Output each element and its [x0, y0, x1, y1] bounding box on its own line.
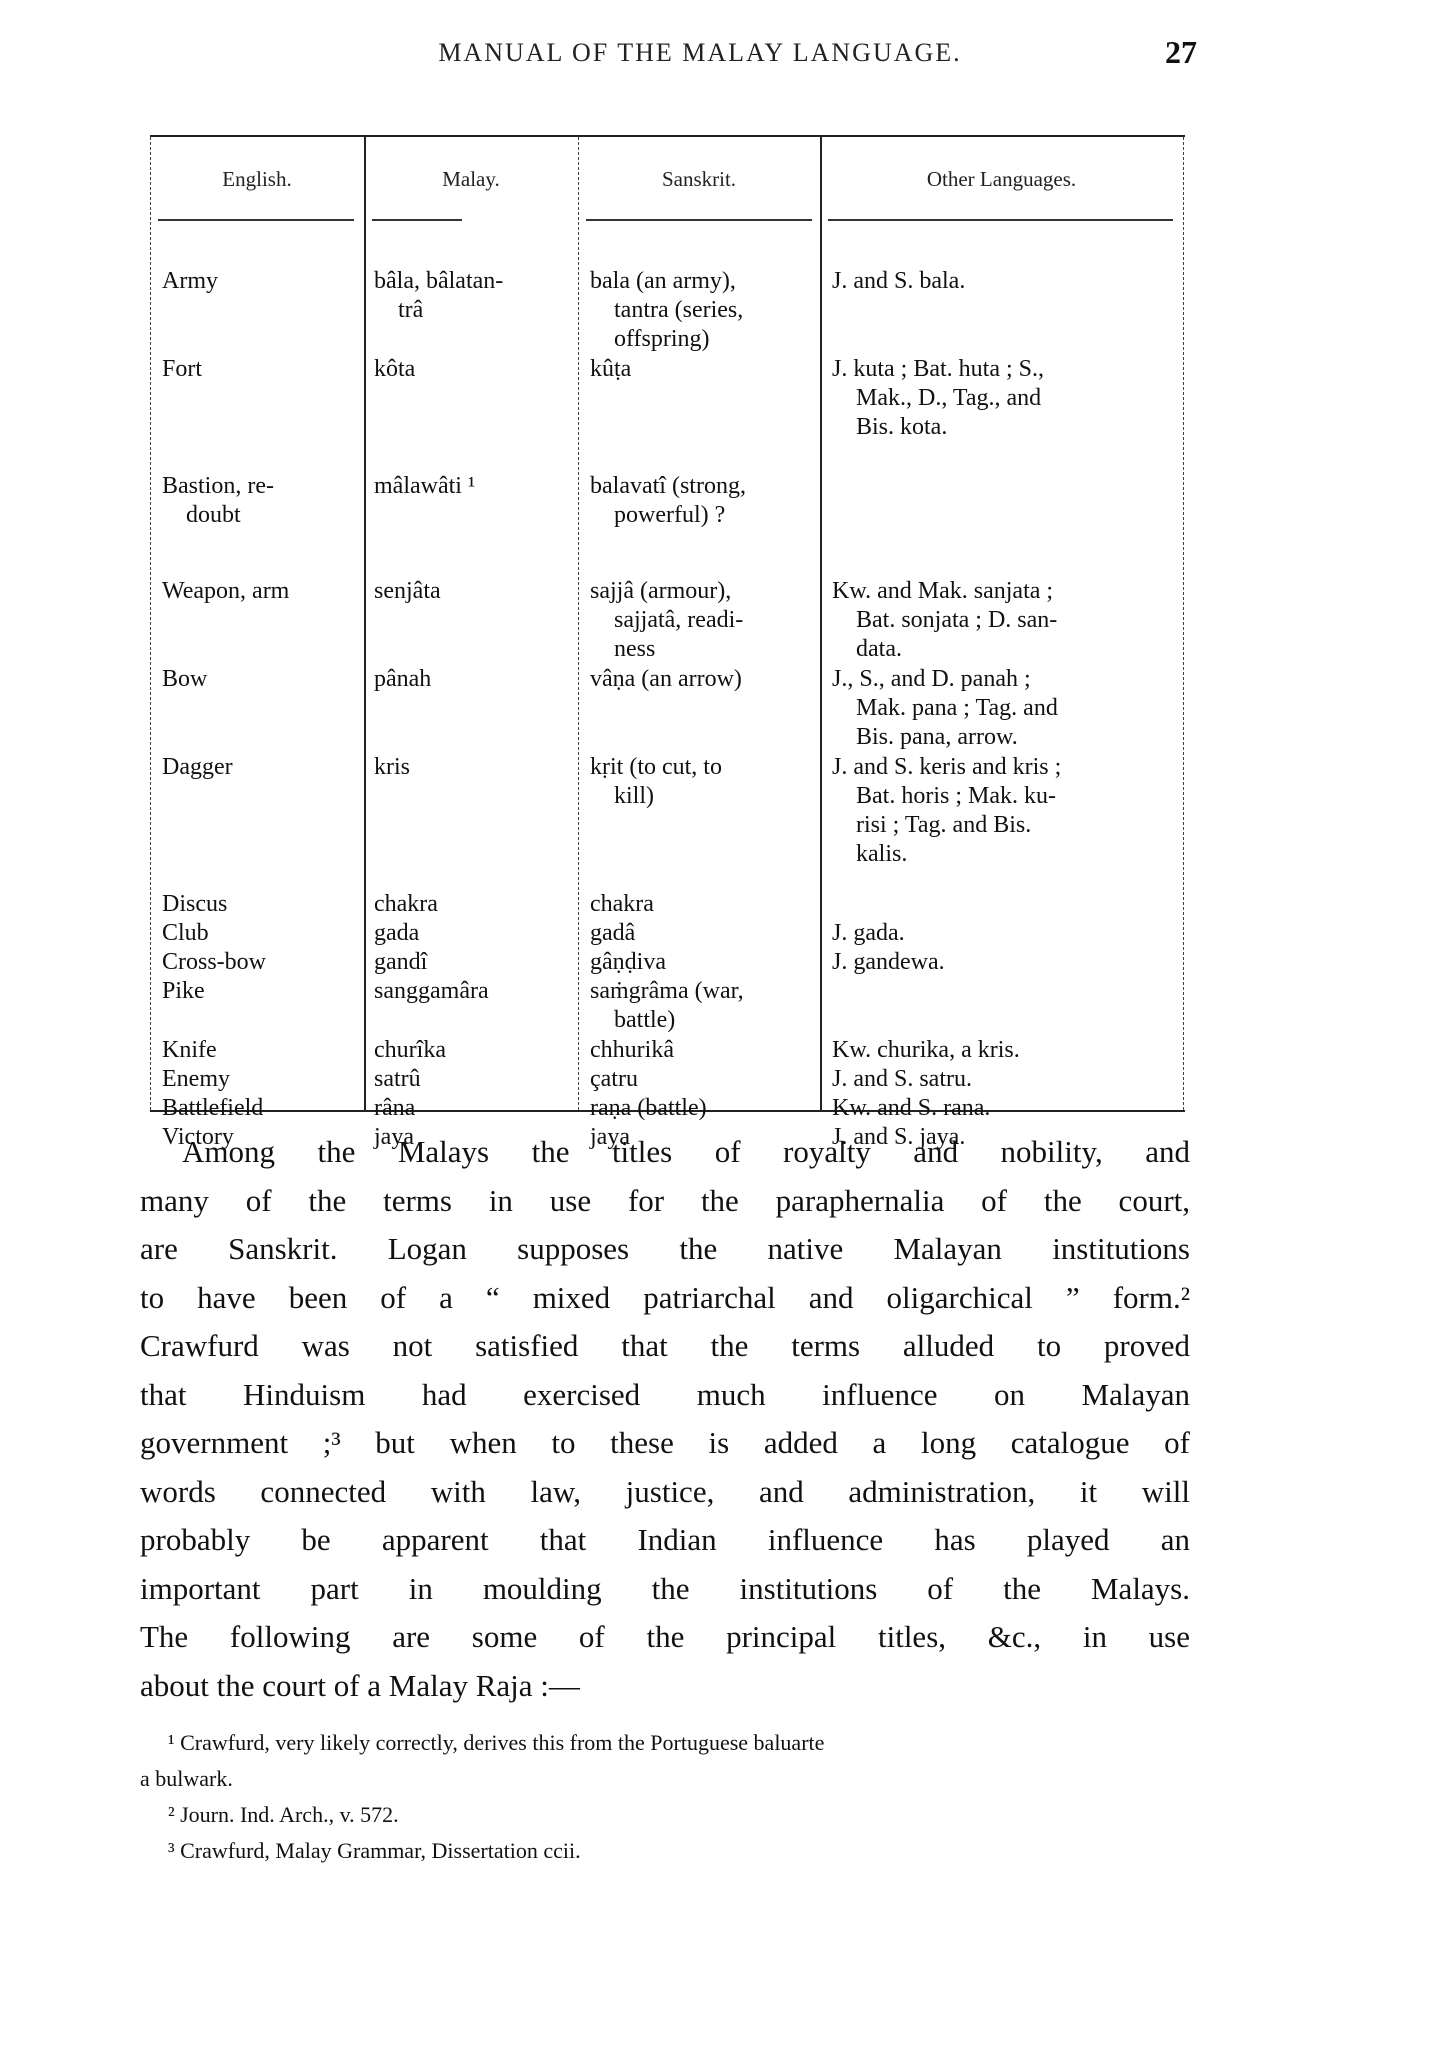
cell-line: Kw. and S. rana. — [832, 1094, 1172, 1123]
english-cell: Weapon, arm — [162, 577, 362, 606]
english-cell: Discus — [162, 890, 362, 919]
cell-line: Cross-bow — [162, 948, 362, 977]
sanskrit-cell: chhurikâ — [590, 1036, 820, 1065]
cell-line: bala (an army), — [590, 267, 820, 296]
sanskrit-cell: sajjâ (armour),sajjatâ, readi-ness — [590, 577, 820, 664]
column-divider — [820, 137, 822, 1110]
english-cell: Fort — [162, 355, 362, 384]
malay-cell: gandî — [374, 948, 574, 977]
malay-cell: churîka — [374, 1036, 574, 1065]
cell-line: pânah — [374, 665, 574, 694]
cell-line: gandî — [374, 948, 574, 977]
cell-line: Club — [162, 919, 362, 948]
paragraph-line: about the court of a Malay Raja :— — [140, 1662, 1190, 1711]
paragraph-line: Crawfurd was not satisfied that the term… — [140, 1322, 1190, 1371]
column-header-sanskrit: Sanskrit. — [578, 167, 820, 192]
cell-line: J. kuta ; Bat. huta ; S., — [832, 355, 1172, 384]
sanskrit-cell: çatru — [590, 1065, 820, 1094]
other-languages-cell: J. and S. satru. — [832, 1065, 1172, 1094]
cell-line: offspring) — [590, 325, 820, 354]
cell-line: Enemy — [162, 1065, 362, 1094]
cell-line: Bat. sonjata ; D. san- — [832, 606, 1172, 635]
cell-line: powerful) ? — [590, 501, 820, 530]
cell-line: balavatî (strong, — [590, 472, 820, 501]
english-cell: Battlefield — [162, 1094, 362, 1123]
malay-cell: kôta — [374, 355, 574, 384]
paragraph-line: Among the Malays the titles of royalty a… — [140, 1128, 1190, 1177]
english-cell: Bastion, re-doubt — [162, 472, 362, 530]
cell-line: mâlawâti ¹ — [374, 472, 574, 501]
header-rule — [828, 219, 1173, 221]
column-divider — [578, 137, 579, 1110]
cell-line: gadâ — [590, 919, 820, 948]
header-rule — [372, 219, 462, 221]
other-languages-cell: Kw. and S. rana. — [832, 1094, 1172, 1123]
other-languages-cell: J. gandewa. — [832, 948, 1172, 977]
cell-line: Weapon, arm — [162, 577, 362, 606]
vocabulary-table: English. Malay. Sanskrit. Other Language… — [150, 135, 1185, 1112]
sanskrit-cell: vâṇa (an arrow) — [590, 665, 820, 694]
english-cell: Enemy — [162, 1065, 362, 1094]
cell-line: bâla, bâlatan- — [374, 267, 574, 296]
table-right-border — [1183, 137, 1184, 1110]
other-languages-cell: J. gada. — [832, 919, 1172, 948]
cell-line: Fort — [162, 355, 362, 384]
footnote: ³ Crawfurd, Malay Grammar, Dissertation … — [140, 1833, 1190, 1869]
cell-line: Mak. pana ; Tag. and — [832, 694, 1172, 723]
cell-line: kill) — [590, 782, 820, 811]
cell-line: kris — [374, 753, 574, 782]
cell-line: Bow — [162, 665, 362, 694]
cell-line: battle) — [590, 1006, 820, 1035]
column-header-malay: Malay. — [364, 167, 578, 192]
malay-cell: satrû — [374, 1065, 574, 1094]
paragraph-line: The following are some of the principal … — [140, 1613, 1190, 1662]
column-header-english: English. — [150, 167, 364, 192]
cell-line: J. gada. — [832, 919, 1172, 948]
malay-cell: pânah — [374, 665, 574, 694]
cell-line: Kw. and Mak. sanjata ; — [832, 577, 1172, 606]
paragraph-line: to have been of a “ mixed patriarchal an… — [140, 1274, 1190, 1323]
sanskrit-cell: raṇa (battle) — [590, 1094, 820, 1123]
footnote: ¹ Crawfurd, very likely correctly, deriv… — [140, 1725, 1190, 1761]
cell-line: J., S., and D. panah ; — [832, 665, 1172, 694]
cell-line: sajjatâ, readi- — [590, 606, 820, 635]
cell-line: chakra — [374, 890, 574, 919]
malay-cell: kris — [374, 753, 574, 782]
cell-line: Battlefield — [162, 1094, 362, 1123]
english-cell: Cross-bow — [162, 948, 362, 977]
cell-line: Bastion, re- — [162, 472, 362, 501]
cell-line: sajjâ (armour), — [590, 577, 820, 606]
cell-line: Bis. kota. — [832, 413, 1172, 442]
cell-line: Discus — [162, 890, 362, 919]
other-languages-cell: J., S., and D. panah ;Mak. pana ; Tag. a… — [832, 665, 1172, 752]
cell-line: Bat. horis ; Mak. ku- — [832, 782, 1172, 811]
cell-line: doubt — [162, 501, 362, 530]
malay-cell: mâlawâti ¹ — [374, 472, 574, 501]
cell-line: Knife — [162, 1036, 362, 1065]
cell-line: kṛit (to cut, to — [590, 753, 820, 782]
cell-line: chhurikâ — [590, 1036, 820, 1065]
cell-line: Pike — [162, 977, 362, 1006]
other-languages-cell: J. and S. bala. — [832, 267, 1172, 296]
english-cell: Dagger — [162, 753, 362, 782]
cell-line: gâṇḍiva — [590, 948, 820, 977]
cell-line: kûṭa — [590, 355, 820, 384]
other-languages-cell: J. kuta ; Bat. huta ; S.,Mak., D., Tag.,… — [832, 355, 1172, 442]
footnotes: ¹ Crawfurd, very likely correctly, deriv… — [140, 1725, 1190, 1869]
english-cell: Club — [162, 919, 362, 948]
cell-line: gada — [374, 919, 574, 948]
english-cell: Army — [162, 267, 362, 296]
sanskrit-cell: gadâ — [590, 919, 820, 948]
cell-line: Army — [162, 267, 362, 296]
cell-line: Kw. churika, a kris. — [832, 1036, 1172, 1065]
sanskrit-cell: kûṭa — [590, 355, 820, 384]
cell-line: trâ — [374, 296, 574, 325]
cell-line: risi ; Tag. and Bis. — [832, 811, 1172, 840]
cell-line: raṇa (battle) — [590, 1094, 820, 1123]
cell-line: J. and S. satru. — [832, 1065, 1172, 1094]
sanskrit-cell: saṁgrâma (war,battle) — [590, 977, 820, 1035]
cell-line: ness — [590, 635, 820, 664]
cell-line: kalis. — [832, 840, 1172, 869]
sanskrit-cell: bala (an army),tantra (series,offspring) — [590, 267, 820, 354]
paragraph-line: important part in moulding the instituti… — [140, 1565, 1190, 1614]
cell-line: sanggamâra — [374, 977, 574, 1006]
column-divider — [364, 137, 366, 1110]
cell-line: Bis. pana, arrow. — [832, 723, 1172, 752]
cell-line: chakra — [590, 890, 820, 919]
malay-cell: rânа — [374, 1094, 574, 1123]
paragraph-line: many of the terms in use for the paraphe… — [140, 1177, 1190, 1226]
body-paragraph: Among the Malays the titles of royalty a… — [140, 1128, 1190, 1710]
other-languages-cell: Kw. churika, a kris. — [832, 1036, 1172, 1065]
cell-line: saṁgrâma (war, — [590, 977, 820, 1006]
cell-line: çatru — [590, 1065, 820, 1094]
paragraph-line: that Hinduism had exercised much influen… — [140, 1371, 1190, 1420]
cell-line: J. gandewa. — [832, 948, 1172, 977]
footnote: a bulwark. — [140, 1761, 1190, 1797]
cell-line: vâṇa (an arrow) — [590, 665, 820, 694]
other-languages-cell: J. and S. keris and kris ;Bat. horis ; M… — [832, 753, 1172, 869]
table-header: English. Malay. Sanskrit. Other Language… — [150, 137, 1185, 219]
sanskrit-cell: kṛit (to cut, tokill) — [590, 753, 820, 811]
paragraph-line: words connected with law, justice, and a… — [140, 1468, 1190, 1517]
cell-line: data. — [832, 635, 1172, 664]
cell-line: Dagger — [162, 753, 362, 782]
footnote: ² Journ. Ind. Arch., v. 572. — [140, 1797, 1190, 1833]
cell-line: kôta — [374, 355, 574, 384]
column-header-other-languages: Other Languages. — [820, 167, 1183, 192]
english-cell: Bow — [162, 665, 362, 694]
cell-line: rânа — [374, 1094, 574, 1123]
other-languages-cell: Kw. and Mak. sanjata ;Bat. sonjata ; D. … — [832, 577, 1172, 664]
header-rule — [586, 219, 812, 221]
malay-cell: senjâta — [374, 577, 574, 606]
page-number: 27 — [1165, 34, 1197, 71]
sanskrit-cell: balavatî (strong,powerful) ? — [590, 472, 820, 530]
malay-cell: sanggamâra — [374, 977, 574, 1006]
cell-line: J. and S. bala. — [832, 267, 1172, 296]
running-head: MANUAL OF THE MALAY LANGUAGE. — [350, 38, 1050, 68]
cell-line: J. and S. keris and kris ; — [832, 753, 1172, 782]
malay-cell: chakra — [374, 890, 574, 919]
malay-cell: gada — [374, 919, 574, 948]
paragraph-line: government ;³ but when to these is added… — [140, 1419, 1190, 1468]
english-cell: Knife — [162, 1036, 362, 1065]
header-rule — [158, 219, 354, 221]
table-left-border — [150, 137, 151, 1110]
cell-line: churîka — [374, 1036, 574, 1065]
cell-line: tantra (series, — [590, 296, 820, 325]
cell-line: Mak., D., Tag., and — [832, 384, 1172, 413]
cell-line: satrû — [374, 1065, 574, 1094]
sanskrit-cell: chakra — [590, 890, 820, 919]
malay-cell: bâla, bâlatan-trâ — [374, 267, 574, 325]
sanskrit-cell: gâṇḍiva — [590, 948, 820, 977]
cell-line: senjâta — [374, 577, 574, 606]
english-cell: Pike — [162, 977, 362, 1006]
paragraph-line: probably be apparent that Indian influen… — [140, 1516, 1190, 1565]
paragraph-line: are Sanskrit. Logan supposes the native … — [140, 1225, 1190, 1274]
